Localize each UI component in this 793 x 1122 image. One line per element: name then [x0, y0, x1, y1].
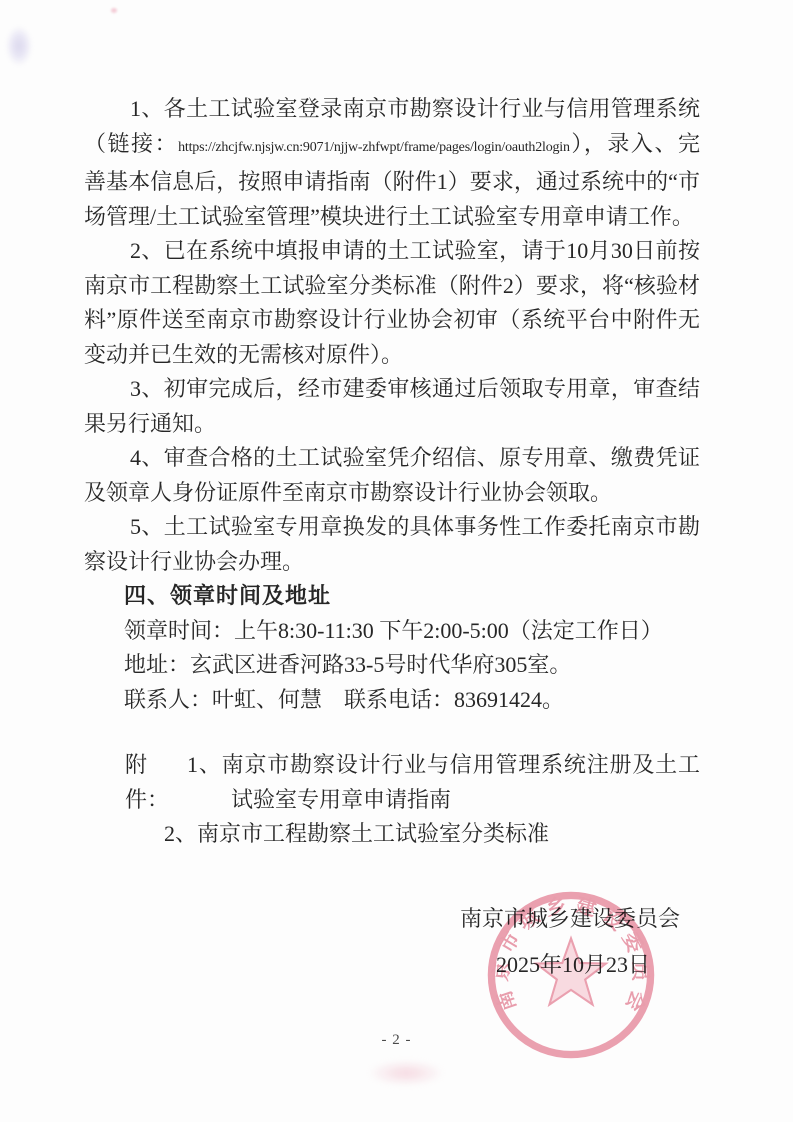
contacts-line: 联系人：叶虹、何慧 联系电话：83691424。: [84, 683, 700, 718]
scan-smudge-top-left: [6, 26, 32, 66]
scan-smudge-bottom: [368, 1060, 444, 1086]
section-4-heading: 四、领章时间及地址: [84, 579, 700, 614]
page-number: - 2 -: [0, 1032, 793, 1049]
paragraph-1: 1、各土工试验室登录南京市勘察设计行业与信用管理系统（链接：https://zh…: [84, 92, 700, 234]
attachment-row-1: 附件： 1、南京市勘察设计行业与信用管理系统注册及土工试验室专用章申请指南: [125, 748, 700, 817]
paragraph-5: 5、土工试验室专用章换发的具体事务性工作委托南京市勘察设计行业协会办理。: [84, 510, 700, 579]
seal-star-icon: [536, 938, 606, 1004]
address-line: 地址：玄武区进香河路33-5号时代华府305室。: [84, 648, 700, 683]
scan-speck-top: [111, 8, 117, 13]
attachments-block: 附件： 1、南京市勘察设计行业与信用管理系统注册及土工试验室专用章申请指南 2、…: [125, 748, 700, 852]
notice-body: 1、各土工试验室登录南京市勘察设计行业与信用管理系统（链接：https://zh…: [84, 92, 700, 988]
pickup-time-line: 领章时间：上午8:30-11:30 下午2:00-5:00（法定工作日）: [84, 614, 700, 649]
attachments-label: 附件：: [125, 748, 187, 817]
paragraph-4: 4、审查合格的土工试验室凭介绍信、原专用章、缴费凭证及领章人身份证原件至南京市勘…: [84, 441, 700, 510]
attachment-item-1: 1、南京市勘察设计行业与信用管理系统注册及土工试验室专用章申请指南: [187, 748, 700, 817]
paragraph-3: 3、初审完成后，经市建委审核通过后领取专用章，审查结果另行通知。: [84, 372, 700, 441]
paragraph-2: 2、已在系统中填报申请的土工试验室，请于10月30日前按南京市工程勘察土工试验室…: [84, 234, 700, 372]
attachment-item-2: 2、南京市工程勘察土工试验室分类标准: [164, 817, 700, 852]
system-login-url-text: https://zhcjfw.njsjw.cn:9071/njjw-zhfwpt…: [178, 140, 570, 155]
document-page: 1、各土工试验室登录南京市勘察设计行业与信用管理系统（链接：https://zh…: [0, 0, 793, 1122]
